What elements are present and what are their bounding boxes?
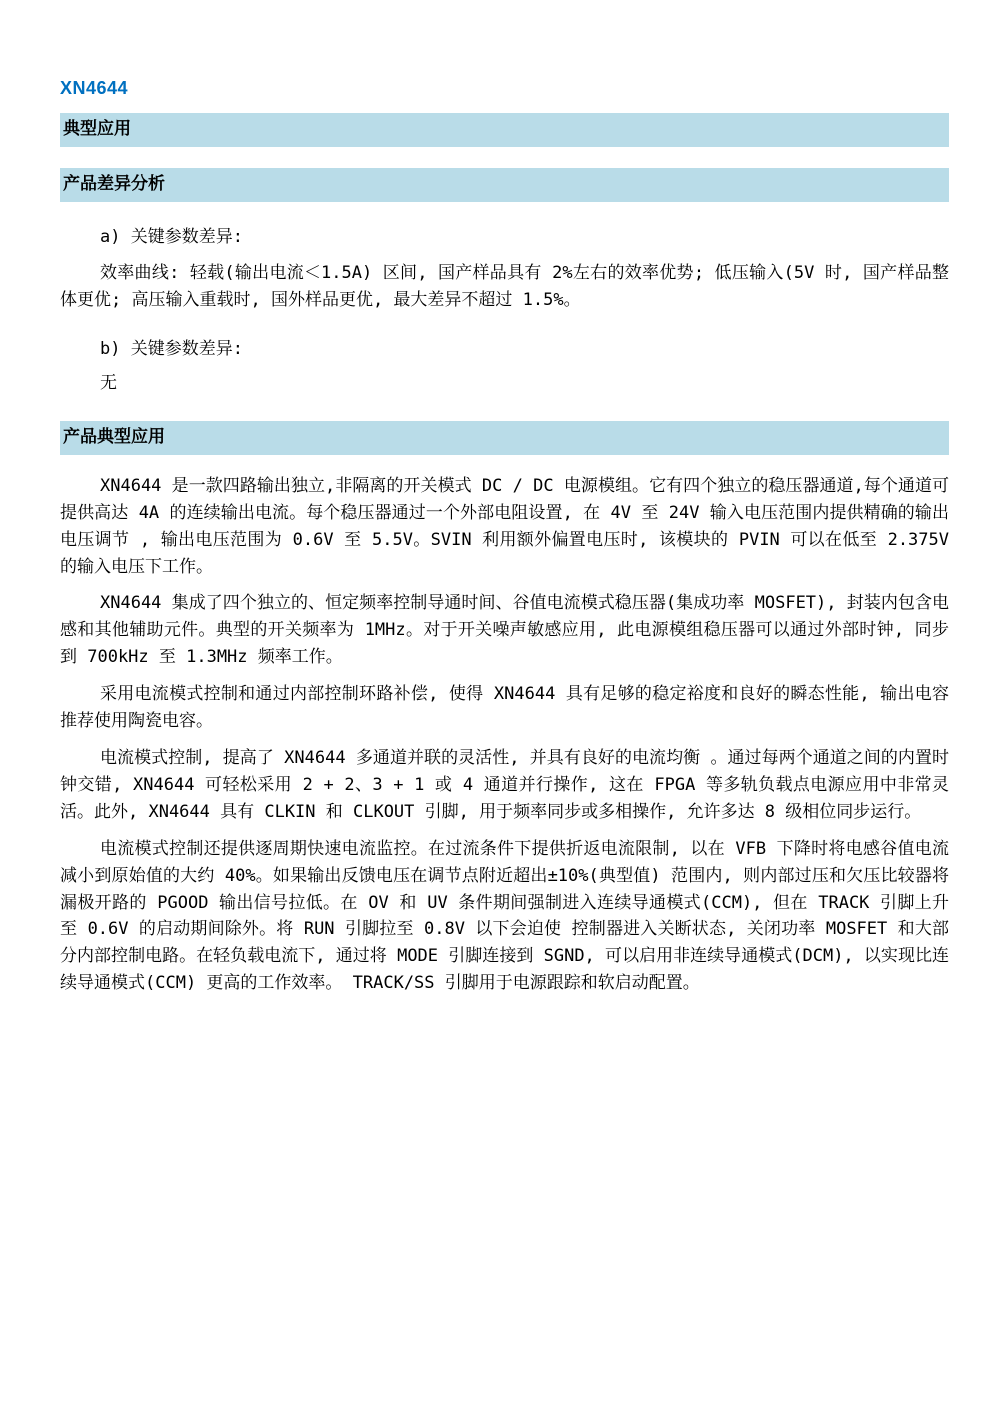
page-title: XN4644 <box>60 78 949 98</box>
list-item-a-label: a) 关键参数差异: <box>100 227 949 247</box>
paragraph-parallel-flexibility: 电流模式控制, 提高了 XN4644 多通道并联的灵活性, 并具有良好的电流均衡… <box>60 745 949 826</box>
paragraph-control-loop-stability: 采用电流模式控制和通过内部控制环路补偿, 使得 XN4644 具有足够的稳定裕度… <box>60 681 949 735</box>
paragraph-efficiency-difference: 效率曲线: 轻载(输出电流＜1.5A) 区间, 国产样品具有 2%左右的效率优势… <box>60 260 949 314</box>
section-banner-typical-application: 典型应用 <box>60 113 949 147</box>
paragraph-product-overview: XN4644 是一款四路输出独立,非隔离的开关模式 DC / DC 电源模组。它… <box>60 473 949 581</box>
document-page: XN4644 典型应用 产品差异分析 a) 关键参数差异: 效率曲线: 轻载(输… <box>0 0 1000 1414</box>
list-item-b-label: b) 关键参数差异: <box>100 339 949 359</box>
section-banner-product-difference-analysis: 产品差异分析 <box>60 168 949 202</box>
paragraph-integration-frequency: XN4644 集成了四个独立的、恒定频率控制导通时间、谷值电流模式稳压器(集成功… <box>60 590 949 671</box>
section-banner-product-typical-application: 产品典型应用 <box>60 421 949 455</box>
paragraph-difference-none: 无 <box>100 373 949 393</box>
paragraph-protection-features: 电流模式控制还提供逐周期快速电流监控。在过流条件下提供折返电流限制, 以在 VF… <box>60 836 949 997</box>
